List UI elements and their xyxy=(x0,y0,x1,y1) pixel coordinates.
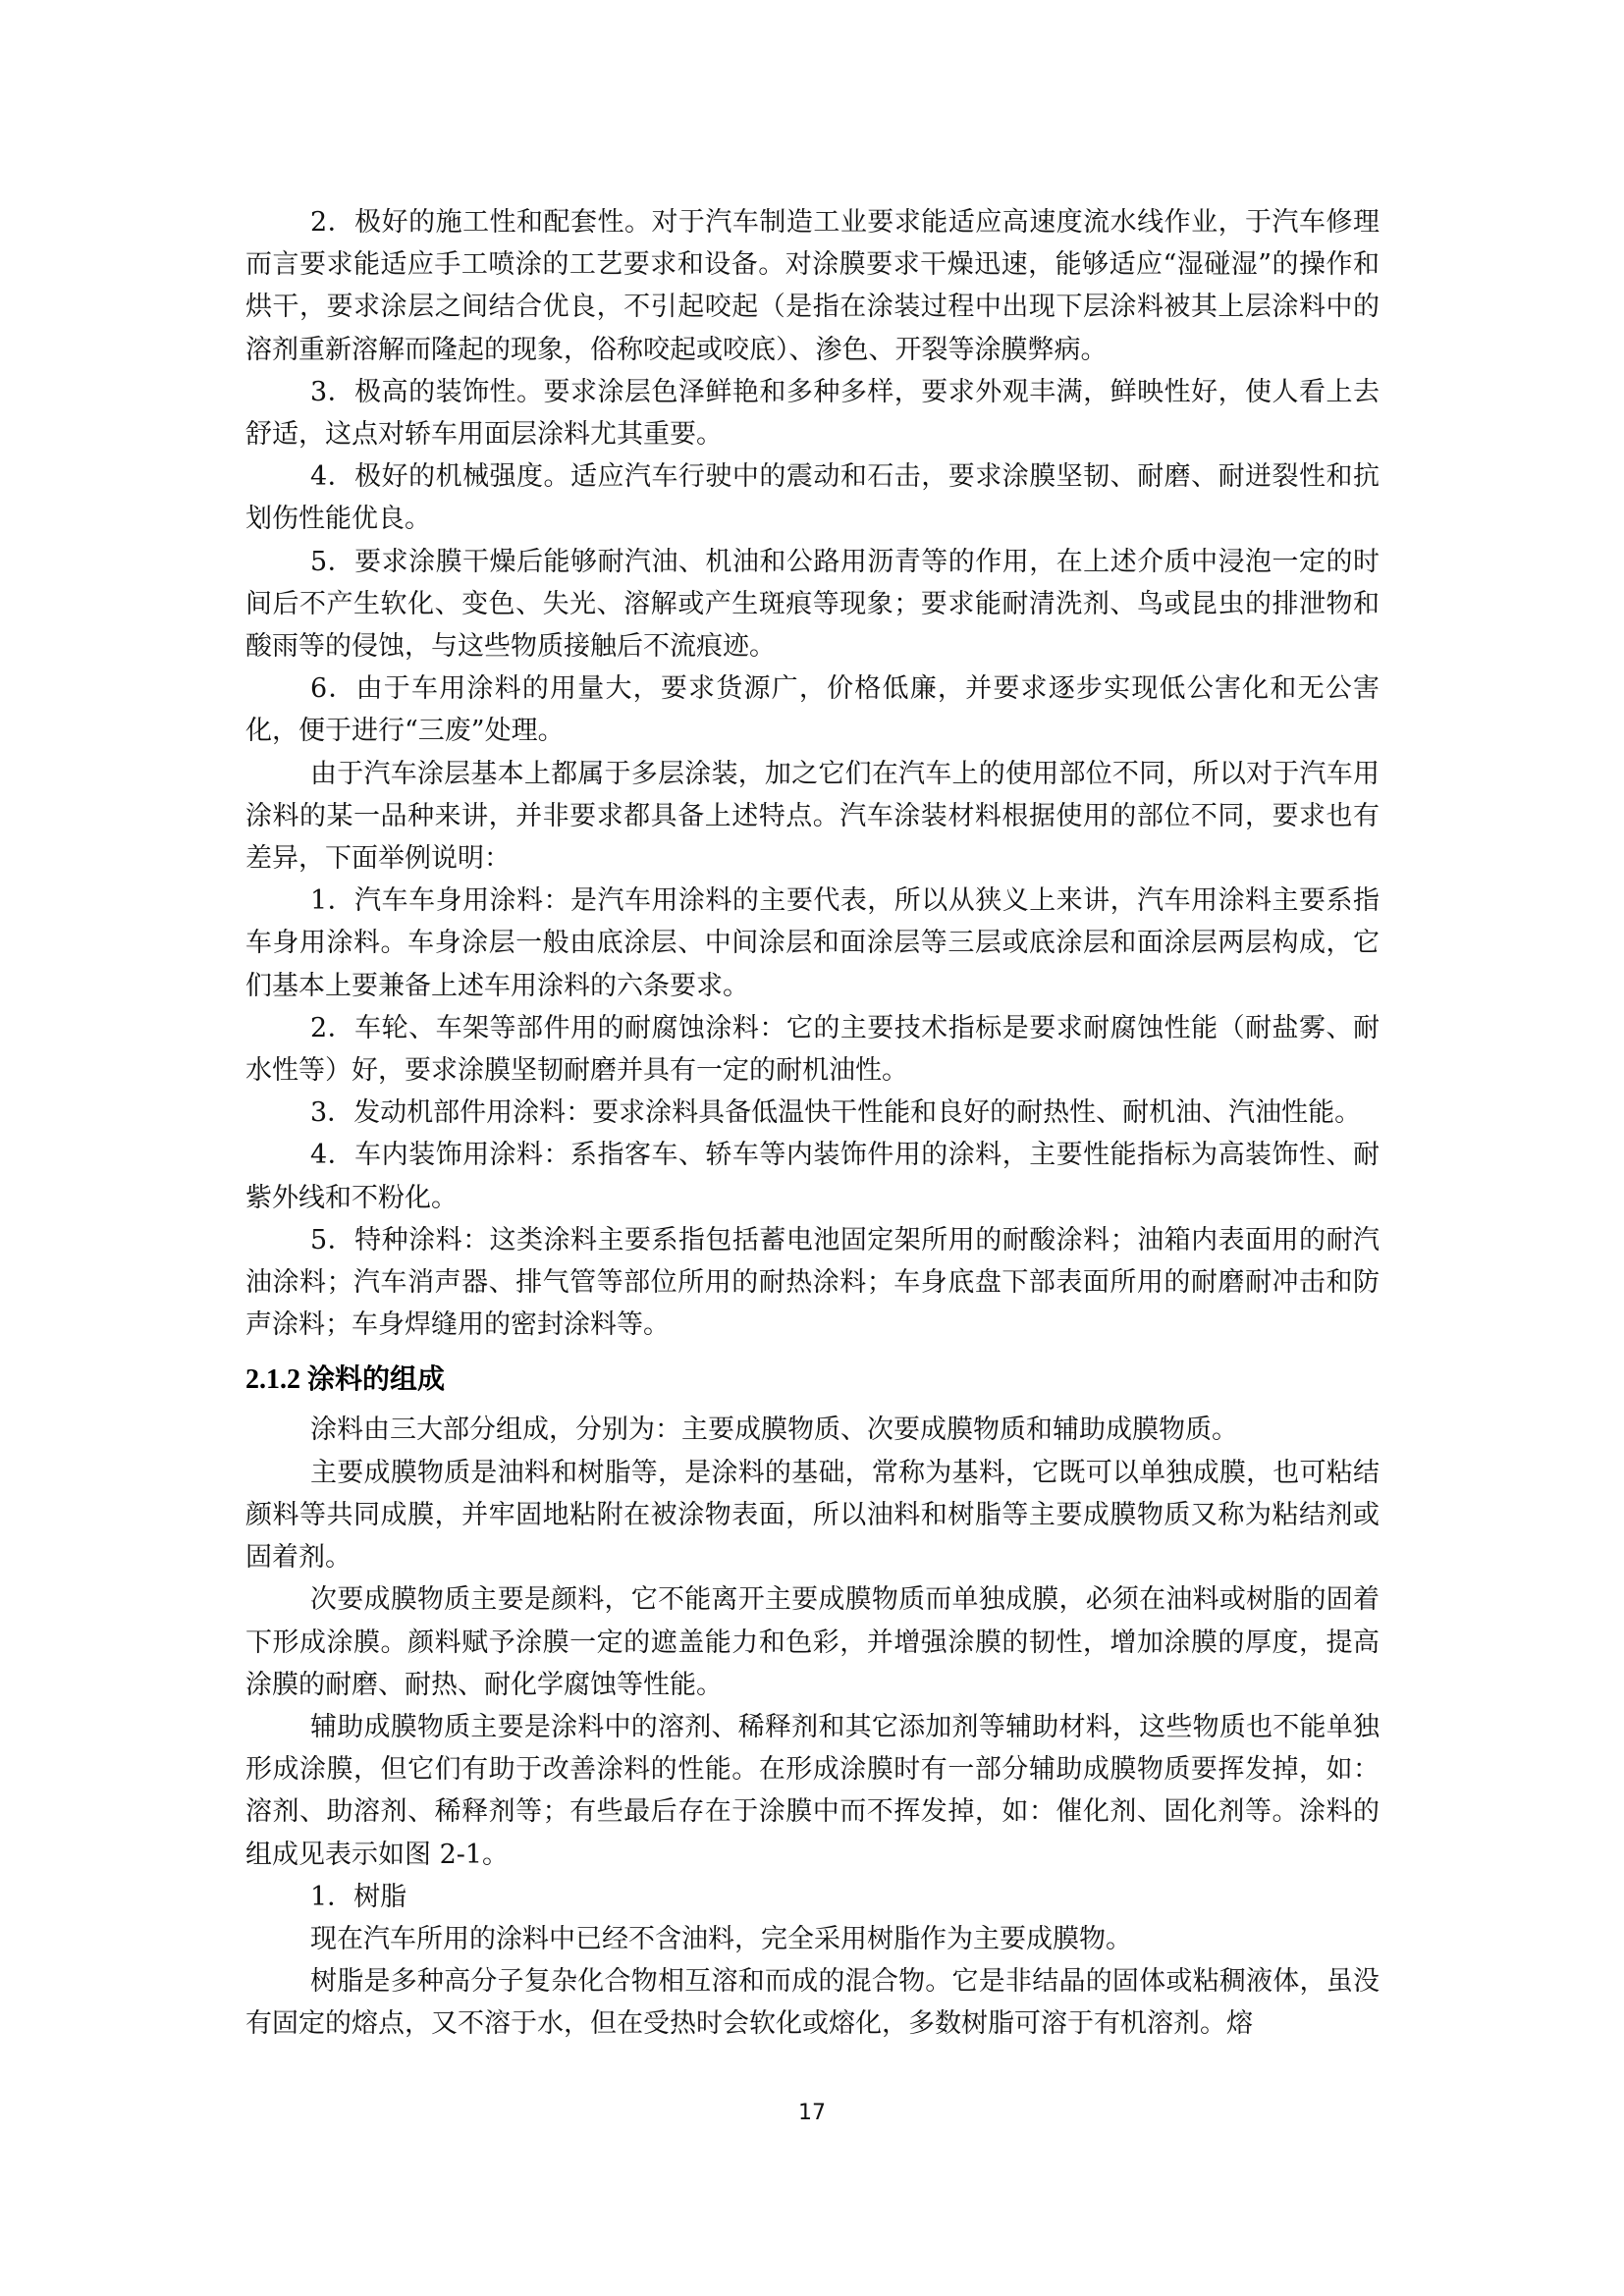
paragraph-body-coating: 1．汽车车身用涂料：是汽车用涂料的主要代表，所以从狭义上来讲，汽车用涂料主要系指… xyxy=(245,880,1380,1007)
page-number: 17 xyxy=(0,2101,1624,2125)
paragraph-resin-definition: 树脂是多种高分子复杂化合物相互溶和而成的混合物。它是非结晶的固体或粘稠液体，虽没… xyxy=(245,1960,1380,2045)
paragraph-primary-film-former: 主要成膜物质是油料和树脂等，是涂料的基础，常称为基料，它既可以单独成膜，也可粘结… xyxy=(245,1452,1380,1579)
paragraph-intro-examples: 由于汽车涂层基本上都属于多层涂装，加之它们在汽车上的使用部位不同，所以对于汽车用… xyxy=(245,753,1380,881)
paragraph-requirement-2: 2．极好的施工性和配套性。对于汽车制造工业要求能适应高速度流水线作业，于汽车修理… xyxy=(245,201,1380,371)
paragraph-requirement-4: 4．极好的机械强度。适应汽车行驶中的震动和石击，要求涂膜坚韧、耐磨、耐迸裂性和抗… xyxy=(245,455,1380,540)
paragraph-anticorrosion-coating: 2．车轮、车架等部件用的耐腐蚀涂料：它的主要技术指标是要求耐腐蚀性能（耐盐雾、耐… xyxy=(245,1007,1380,1092)
paragraph-requirement-3: 3．极高的装饰性。要求涂层色泽鲜艳和多种多样，要求外观丰满，鲜映性好，使人看上去… xyxy=(245,371,1380,455)
paragraph-auxiliary-film-former: 辅助成膜物质主要是涂料中的溶剂、稀释剂和其它添加剂等辅助材料，这些物质也不能单独… xyxy=(245,1706,1380,1876)
paragraph-composition-overview: 涂料由三大部分组成，分别为：主要成膜物质、次要成膜物质和辅助成膜物质。 xyxy=(245,1409,1380,1451)
page-body: 2．极好的施工性和配套性。对于汽车制造工业要求能适应高速度流水线作业，于汽车修理… xyxy=(245,201,1380,2046)
paragraph-interior-coating: 4．车内装饰用涂料：系指客车、轿车等内装饰件用的涂料，主要性能指标为高装饰性、耐… xyxy=(245,1134,1380,1218)
paragraph-requirement-6: 6．由于车用涂料的用量大，要求货源广，价格低廉，并要求逐步实现低公害化和无公害化… xyxy=(245,667,1380,752)
document-page: 2．极好的施工性和配套性。对于汽车制造工业要求能适应高速度流水线作业，于汽车修理… xyxy=(0,0,1624,2296)
paragraph-resin-usage: 现在汽车所用的涂料中已经不含油料，完全采用树脂作为主要成膜物。 xyxy=(245,1918,1380,1960)
subheading-resin: 1．树脂 xyxy=(245,1876,1380,1918)
paragraph-requirement-5: 5．要求涂膜干燥后能够耐汽油、机油和公路用沥青等的作用，在上述介质中浸泡一定的时… xyxy=(245,541,1380,668)
paragraph-engine-coating: 3．发动机部件用涂料：要求涂料具备低温快干性能和良好的耐热性、耐机油、汽油性能。 xyxy=(245,1092,1380,1134)
paragraph-special-coating: 5．特种涂料：这类涂料主要系指包括蓄电池固定架所用的耐酸涂料；油箱内表面用的耐汽… xyxy=(245,1219,1380,1347)
paragraph-secondary-film-former: 次要成膜物质主要是颜料，它不能离开主要成膜物质而单独成膜，必须在油料或树脂的固着… xyxy=(245,1578,1380,1706)
section-heading: 2.1.2 涂料的组成 xyxy=(245,1361,1380,1400)
